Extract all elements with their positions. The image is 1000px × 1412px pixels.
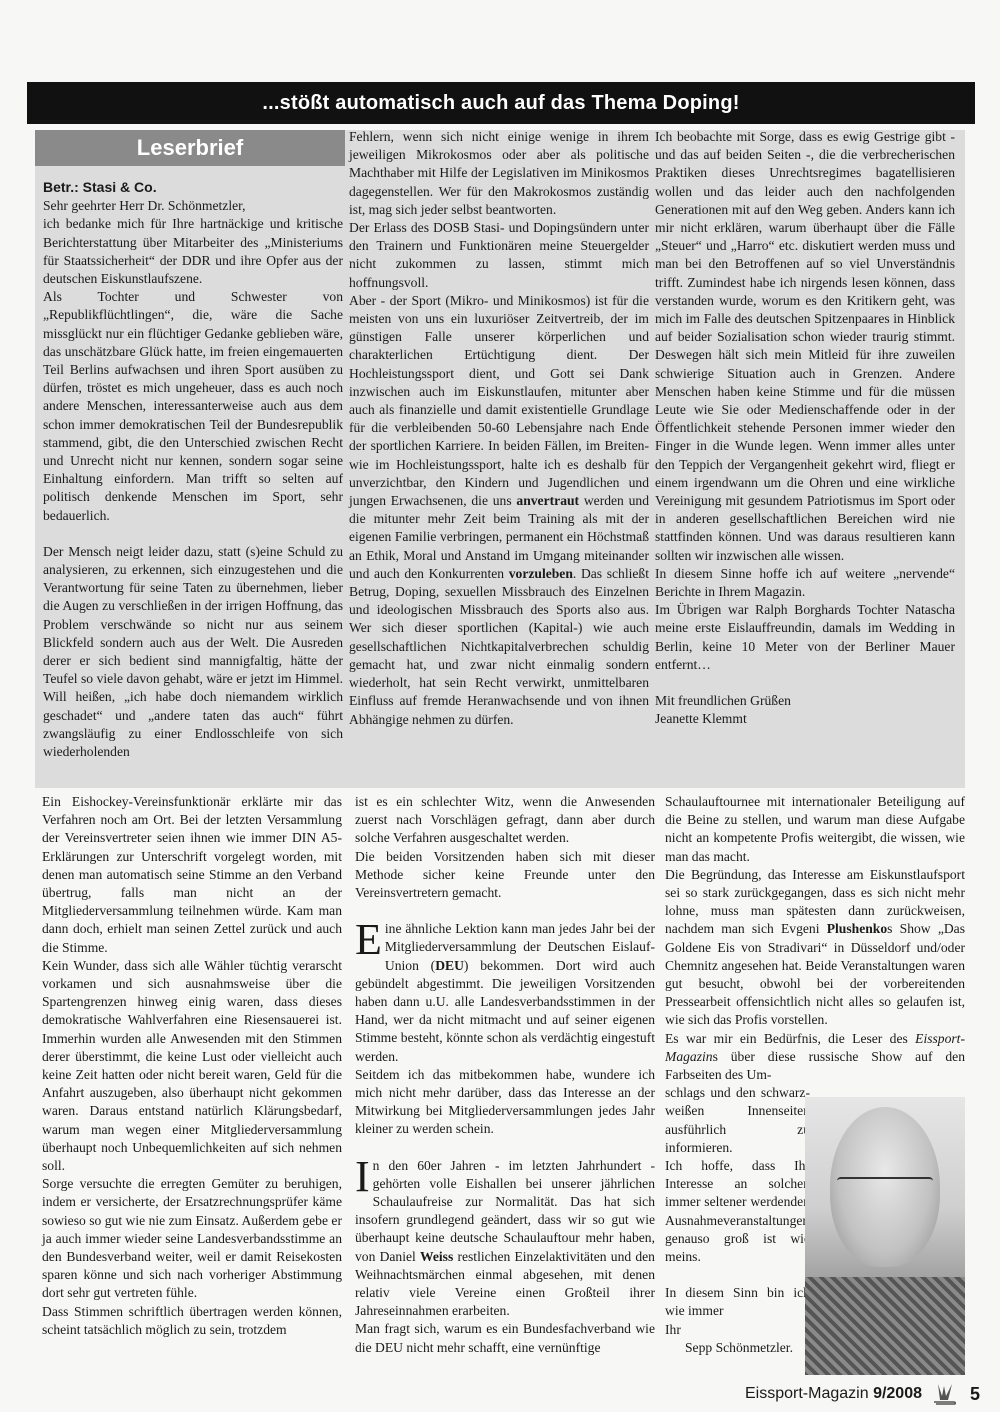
skate-logo-icon	[930, 1382, 958, 1406]
letter-salutation: Sehr geehrter Herr Dr. Schönmetzler,	[43, 197, 343, 215]
author-portrait-photo	[805, 1097, 965, 1375]
reader-letter-box: Leserbrief Betr.: Stasi & Co. Sehr geehr…	[35, 130, 965, 788]
letter-paragraph: Fehlern, wenn sich nicht einige wenige i…	[349, 128, 649, 219]
letter-column-1: Betr.: Stasi & Co. Sehr geehrter Herr Dr…	[43, 178, 343, 761]
article-paragraph: Die beiden Vorsitzenden haben sich mit d…	[355, 848, 655, 903]
drop-cap: E	[355, 922, 385, 958]
letter-column-2: Fehlern, wenn sich nicht einige wenige i…	[349, 128, 649, 729]
article-paragraph: In den 60er Jahren - im letzten Jahrhund…	[355, 1157, 655, 1321]
article-paragraph: schlags und den schwarz-weißen Innenseit…	[665, 1084, 810, 1157]
article-paragraph: ist es ein schlechter Witz, wenn die Anw…	[355, 793, 655, 848]
article-paragraph: Schaulauftournee mit internationaler Bet…	[665, 793, 965, 866]
letter-paragraph: Der Erlass des DOSB Stasi- und Dopingsün…	[349, 219, 649, 292]
article-closing: In diesem Sinn bin ich wie immer	[665, 1284, 810, 1320]
article-column-1: Ein Eishockey-Vereinsfunktionär erklärte…	[42, 793, 342, 1339]
article-paragraph: Seitdem ich das mitbekommen habe, wunder…	[355, 1066, 655, 1139]
letter-paragraph: Als Tochter und Schwester von „Republikf…	[43, 288, 343, 525]
letter-paragraph: Im Übrigen war Ralph Borghards Tochter N…	[655, 601, 955, 674]
section-banner: ...stößt automatisch auch auf das Thema …	[27, 82, 975, 124]
letter-subject: Betr.: Stasi & Co.	[43, 178, 343, 196]
article-paragraph: Es war mir ein Bedürfnis, die Leser des …	[665, 1030, 965, 1085]
page-number: 5	[970, 1382, 980, 1406]
portrait-shirt	[805, 1277, 965, 1375]
page-footer: Eissport-Magazin 9/2008 5	[750, 1382, 980, 1406]
magazine-name: Eissport-Magazin 9/2008	[745, 1382, 922, 1406]
article-paragraph: Die Begründung, das Interesse am Eiskuns…	[665, 866, 965, 1030]
article-closing: Ihr	[665, 1321, 810, 1339]
article-paragraph: Sorge versuchte die erregten Gemüter zu …	[42, 1175, 342, 1302]
letter-header: Leserbrief	[35, 130, 345, 166]
drop-cap: I	[355, 1159, 373, 1195]
article-paragraph: Kein Wunder, dass sich alle Wähler tücht…	[42, 957, 342, 1175]
letter-paragraph: In diesem Sinne hoffe ich auf weitere „n…	[655, 565, 955, 601]
letter-column-3: Ich beobachte mit Sorge, dass es ewig Ge…	[655, 128, 955, 729]
article-paragraph: Eine ähnliche Lektion kann man jedes Jah…	[355, 920, 655, 1066]
letter-paragraph: Ich beobachte mit Sorge, dass es ewig Ge…	[655, 128, 955, 565]
letter-closing: Mit freundlichen Grüßen	[655, 692, 955, 710]
article-paragraph: Ein Eishockey-Vereinsfunktionär erklärte…	[42, 793, 342, 957]
article-column-2: ist es ein schlechter Witz, wenn die Anw…	[355, 793, 655, 1357]
article-paragraph: Dass Stimmen schriftlich übertragen werd…	[42, 1303, 342, 1339]
article-paragraph: Ich hoffe, dass Ihr Interesse an solchen…	[665, 1157, 810, 1266]
portrait-glasses	[837, 1177, 933, 1193]
letter-signature: Jeanette Klemmt	[655, 710, 955, 728]
letter-paragraph: Aber - der Sport (Mikro- und Minikosmos)…	[349, 292, 649, 729]
letter-paragraph: ich bedanke mich für Ihre hartnäckige un…	[43, 215, 343, 288]
letter-paragraph: Der Mensch neigt leider dazu, statt (s)e…	[43, 543, 343, 761]
article-paragraph: Man fragt sich, warum es ein Bundesfachv…	[355, 1320, 655, 1356]
